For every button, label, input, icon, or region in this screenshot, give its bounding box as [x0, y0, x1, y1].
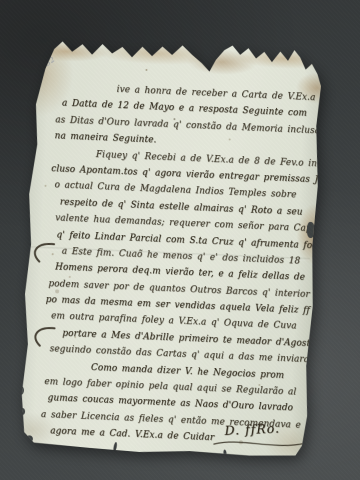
foxing-specks — [27, 34, 29, 36]
edge-tear — [223, 449, 227, 456]
photo-frame: 10.632 T ive a honra de receber a Carta … — [0, 0, 360, 480]
pencil-catalog-note: 10.632 — [30, 55, 57, 78]
edge-tear — [307, 222, 316, 238]
edge-tear — [113, 442, 118, 452]
manuscript-paper: 10.632 T ive a honra de receber a Carta … — [9, 34, 326, 464]
manuscript-body: ive a honra de receber a Carta de V.Ex.a… — [40, 79, 313, 450]
edge-tear — [20, 408, 25, 415]
edge-tear — [26, 435, 33, 442]
initial-letter: T — [27, 34, 28, 35]
paper-sheet: 10.632 T ive a honra de receber a Carta … — [9, 34, 326, 464]
edge-tear — [18, 386, 24, 395]
